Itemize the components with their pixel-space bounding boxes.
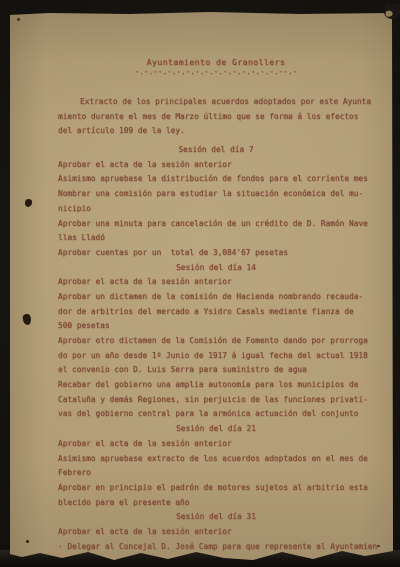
document-text: Ayuntamiento de Granollers -.-.--.-.-.-.… [58, 57, 374, 554]
document-line: Aprobar otro dictamen de la Comisión de … [58, 334, 374, 349]
document-line: Aprobar una minuta para cancelación de u… [58, 217, 374, 232]
paper-speck [26, 540, 29, 543]
document-line: Nombrar una comisión para estudiar la si… [58, 187, 374, 202]
document-line: Aprobar un dictamen de la comisión de Ha… [58, 290, 374, 305]
document-line: nicipio [58, 202, 374, 217]
intro-line: del artículo 109 de la ley. [58, 124, 374, 139]
document-line: Asimismo apruebase extracto de los acuer… [58, 452, 374, 467]
document-line: blecido para el presente año [58, 496, 374, 511]
scanned-document-photo: Ayuntamiento de Granollers -.-.--.-.-.-.… [0, 0, 400, 567]
document-line: Aprobar el acta de la sesión anterior [58, 275, 374, 290]
document-line: dor de arbitrios del mercado a Ysidro Ca… [58, 305, 374, 320]
paper-speck [377, 545, 380, 547]
session-section: Sesión del día 31Aprobar el acta de la s… [58, 510, 374, 554]
document-line: el convenio con D. Luis Serra para sumin… [58, 363, 374, 378]
session-header: Sesión del día 21 [58, 422, 374, 437]
intro-line: miento durante el mes de Marzo último qu… [58, 110, 374, 125]
paper-speck [17, 18, 20, 21]
session-section: Sesión del día 7Aprobar el acta de la se… [58, 143, 374, 261]
session-header: Sesión del día 31 [58, 510, 374, 525]
document-line: llas Lladó [58, 231, 374, 246]
document-line: Aprobar cuentas por un total de 3,084'67… [58, 246, 374, 261]
document-line: Aprobar el acta de la sesión anterior [58, 437, 374, 452]
document-title: Ayuntamiento de Granollers [58, 57, 374, 67]
document-line: Asimismo apruebase la distribución de fo… [58, 172, 374, 187]
session-header: Sesión del día 14 [58, 261, 374, 276]
document-line: Recabar del gobierno una amplia autonomí… [58, 378, 374, 393]
document-line: vas del gobierno central para la armónic… [58, 407, 374, 422]
document-line: do por un año desde 1º Junio de 1917 á i… [58, 349, 374, 364]
intro-paragraph: Extracto de los principales acuerdos ado… [58, 95, 374, 139]
document-line: 500 pesetas [58, 319, 374, 334]
title-underline: -.-.--.-.-.-.-.-.-.-.-.-.-.-.-.--.- [58, 67, 374, 76]
document-line: Febrero [58, 466, 374, 481]
document-line: Aprobar el acta de la sesión anterior [58, 525, 374, 540]
intro-line: Extracto de los principales acuerdos ado… [58, 95, 374, 110]
session-header: Sesión del día 7 [58, 143, 374, 158]
session-section: Sesión del día 14Aprobar el acta de la s… [58, 261, 374, 423]
document-line: Aprobar en principio el padrón de motore… [58, 481, 374, 496]
session-section: Sesión del día 21Aprobar el acta de la s… [58, 422, 374, 510]
document-line: · Delegar al Concejal D. José Camp para … [58, 540, 374, 555]
document-line: Aprobar el acta de la sesión anterior [58, 158, 374, 173]
document-line: Cataluña y demás Regiones, sin perjuicio… [58, 393, 374, 408]
session-sections: Sesión del día 7Aprobar el acta de la se… [58, 143, 374, 554]
